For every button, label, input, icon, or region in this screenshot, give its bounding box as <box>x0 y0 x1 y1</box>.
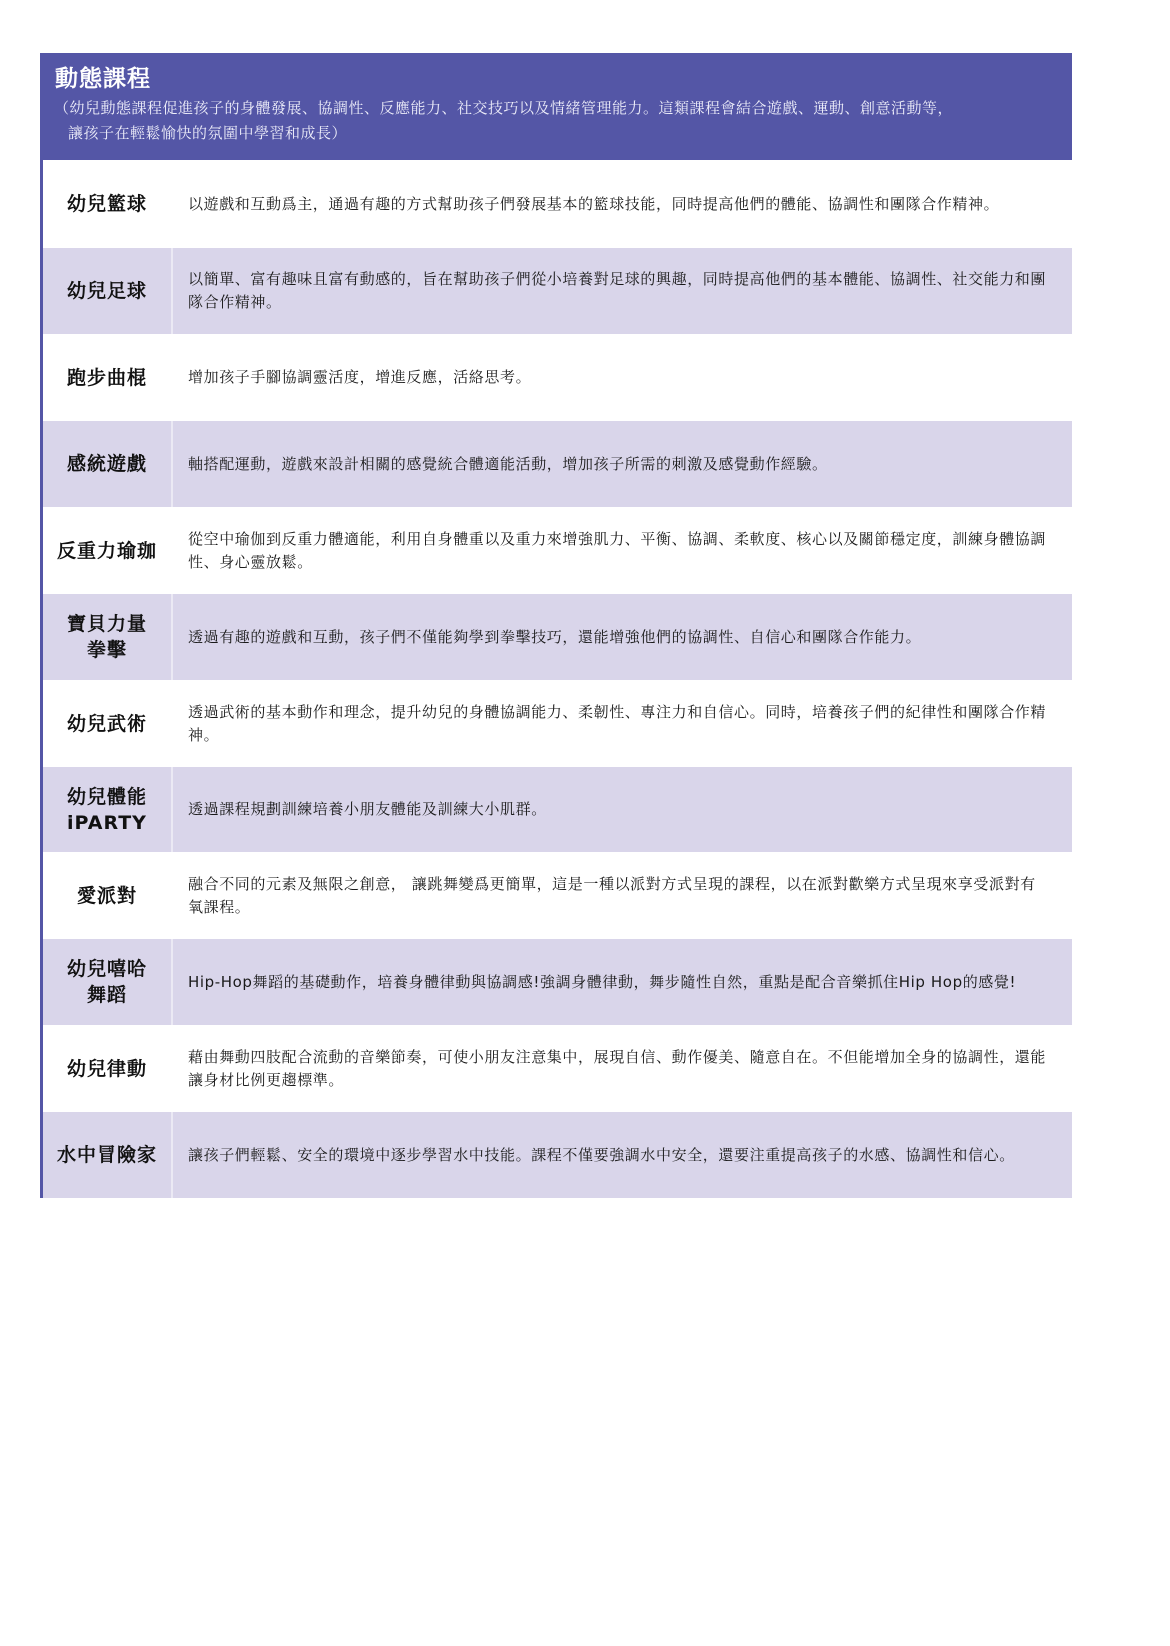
course-description: 增加孩子手腳協調靈活度，增進反應，活絡思考。 <box>173 334 1072 421</box>
course-row-sensory-games: 感統遊戲 軸搭配運動，遊戲來設計相關的感覺統合體適能活動，增加孩子所需的刺激及感… <box>43 421 1072 507</box>
course-description: 藉由舞動四肢配合流動的音樂節奏，可使小朋友注意集中，展現自信、動作優美、隨意自在… <box>173 1025 1072 1112</box>
subtitle-line-1: （幼兒動態課程促進孩子的身體發展、協調性、反應能力、社交技巧以及情緒管理能力。這… <box>54 99 953 117</box>
course-description: 融合不同的元素及無限之創意， 讓跳舞變爲更簡單，這是一種以派對方式呈現的課程，以… <box>173 852 1072 939</box>
course-description: 從空中瑜伽到反重力體適能，利用自身體重以及重力來增強肌力、平衡、協調、柔軟度、核… <box>173 507 1072 594</box>
course-name: 幼兒嘻哈舞蹈 <box>43 939 173 1025</box>
course-description: 透過武術的基本動作和理念，提升幼兒的身體協調能力、柔韌性、專注力和自信心。同時，… <box>173 680 1072 767</box>
course-description: Hip-Hop舞蹈的基礎動作，培養身體律動與協調感!強調身體律動，舞步隨性自然，… <box>173 939 1072 1025</box>
course-row-iparty: 幼兒體能 iPARTY 透過課程規劃訓練培養小朋友體能及訓練大小肌群。 <box>43 767 1072 852</box>
course-row-hockey: 跑步曲棍 增加孩子手腳協調靈活度，增進反應，活絡思考。 <box>43 334 1072 421</box>
course-row-basketball: 幼兒籃球 以遊戲和互動爲主，通過有趣的方式幫助孩子們發展基本的籃球技能，同時提高… <box>43 160 1072 248</box>
course-description: 以簡單、富有趣味且富有動感的，旨在幫助孩子們從小培養對足球的興趣，同時提高他們的… <box>173 248 1072 334</box>
course-table: 動態課程 （幼兒動態課程促進孩子的身體發展、協調性、反應能力、社交技巧以及情緒管… <box>40 53 1072 1198</box>
course-row-martial-arts: 幼兒武術 透過武術的基本動作和理念，提升幼兒的身體協調能力、柔韌性、專注力和自信… <box>43 680 1072 767</box>
course-name: 寶貝力量拳擊 <box>43 594 173 680</box>
course-description: 透過有趣的遊戲和互動，孩子們不僅能夠學到拳擊技巧，還能增強他們的協調性、自信心和… <box>173 594 1072 680</box>
course-description: 軸搭配運動，遊戲來設計相關的感覺統合體適能活動，增加孩子所需的刺激及感覺動作經驗… <box>173 421 1072 507</box>
course-row-soccer: 幼兒足球 以簡單、富有趣味且富有動感的，旨在幫助孩子們從小培養對足球的興趣，同時… <box>43 248 1072 334</box>
course-description: 以遊戲和互動爲主，通過有趣的方式幫助孩子們發展基本的籃球技能，同時提高他們的體能… <box>173 160 1072 248</box>
course-description: 透過課程規劃訓練培養小朋友體能及訓練大小肌群。 <box>173 767 1072 852</box>
course-row-party: 愛派對 融合不同的元素及無限之創意， 讓跳舞變爲更簡單，這是一種以派對方式呈現的… <box>43 852 1072 939</box>
course-name: 幼兒足球 <box>43 248 173 334</box>
course-name: 幼兒籃球 <box>43 160 173 248</box>
subtitle-line-2: 讓孩子在輕鬆愉快的氛圍中學習和成長） <box>54 121 1058 146</box>
course-name: 幼兒武術 <box>43 680 173 767</box>
course-row-aerial-yoga: 反重力瑜珈 從空中瑜伽到反重力體適能，利用自身體重以及重力來增強肌力、平衡、協調… <box>43 507 1072 594</box>
course-row-rhythm: 幼兒律動 藉由舞動四肢配合流動的音樂節奏，可使小朋友注意集中，展現自信、動作優美… <box>43 1025 1072 1112</box>
table-header: 動態課程 （幼兒動態課程促進孩子的身體發展、協調性、反應能力、社交技巧以及情緒管… <box>40 53 1072 160</box>
course-name: 感統遊戲 <box>43 421 173 507</box>
course-row-boxing: 寶貝力量拳擊 透過有趣的遊戲和互動，孩子們不僅能夠學到拳擊技巧，還能增強他們的協… <box>43 594 1072 680</box>
course-name: 反重力瑜珈 <box>43 507 173 594</box>
course-name: 幼兒體能 iPARTY <box>43 767 173 852</box>
course-row-hiphop: 幼兒嘻哈舞蹈 Hip-Hop舞蹈的基礎動作，培養身體律動與協調感!強調身體律動，… <box>43 939 1072 1025</box>
page-subtitle: （幼兒動態課程促進孩子的身體發展、協調性、反應能力、社交技巧以及情緒管理能力。這… <box>54 96 1058 146</box>
course-name: 幼兒律動 <box>43 1025 173 1112</box>
course-name: 水中冒險家 <box>43 1112 173 1198</box>
course-description: 讓孩子們輕鬆、安全的環境中逐步學習水中技能。課程不僅要強調水中安全，還要注重提高… <box>173 1112 1072 1198</box>
course-name: 愛派對 <box>43 852 173 939</box>
page-title: 動態課程 <box>54 64 1058 94</box>
course-name: 跑步曲棍 <box>43 334 173 421</box>
course-row-water-adventurer: 水中冒險家 讓孩子們輕鬆、安全的環境中逐步學習水中技能。課程不僅要強調水中安全，… <box>43 1112 1072 1198</box>
